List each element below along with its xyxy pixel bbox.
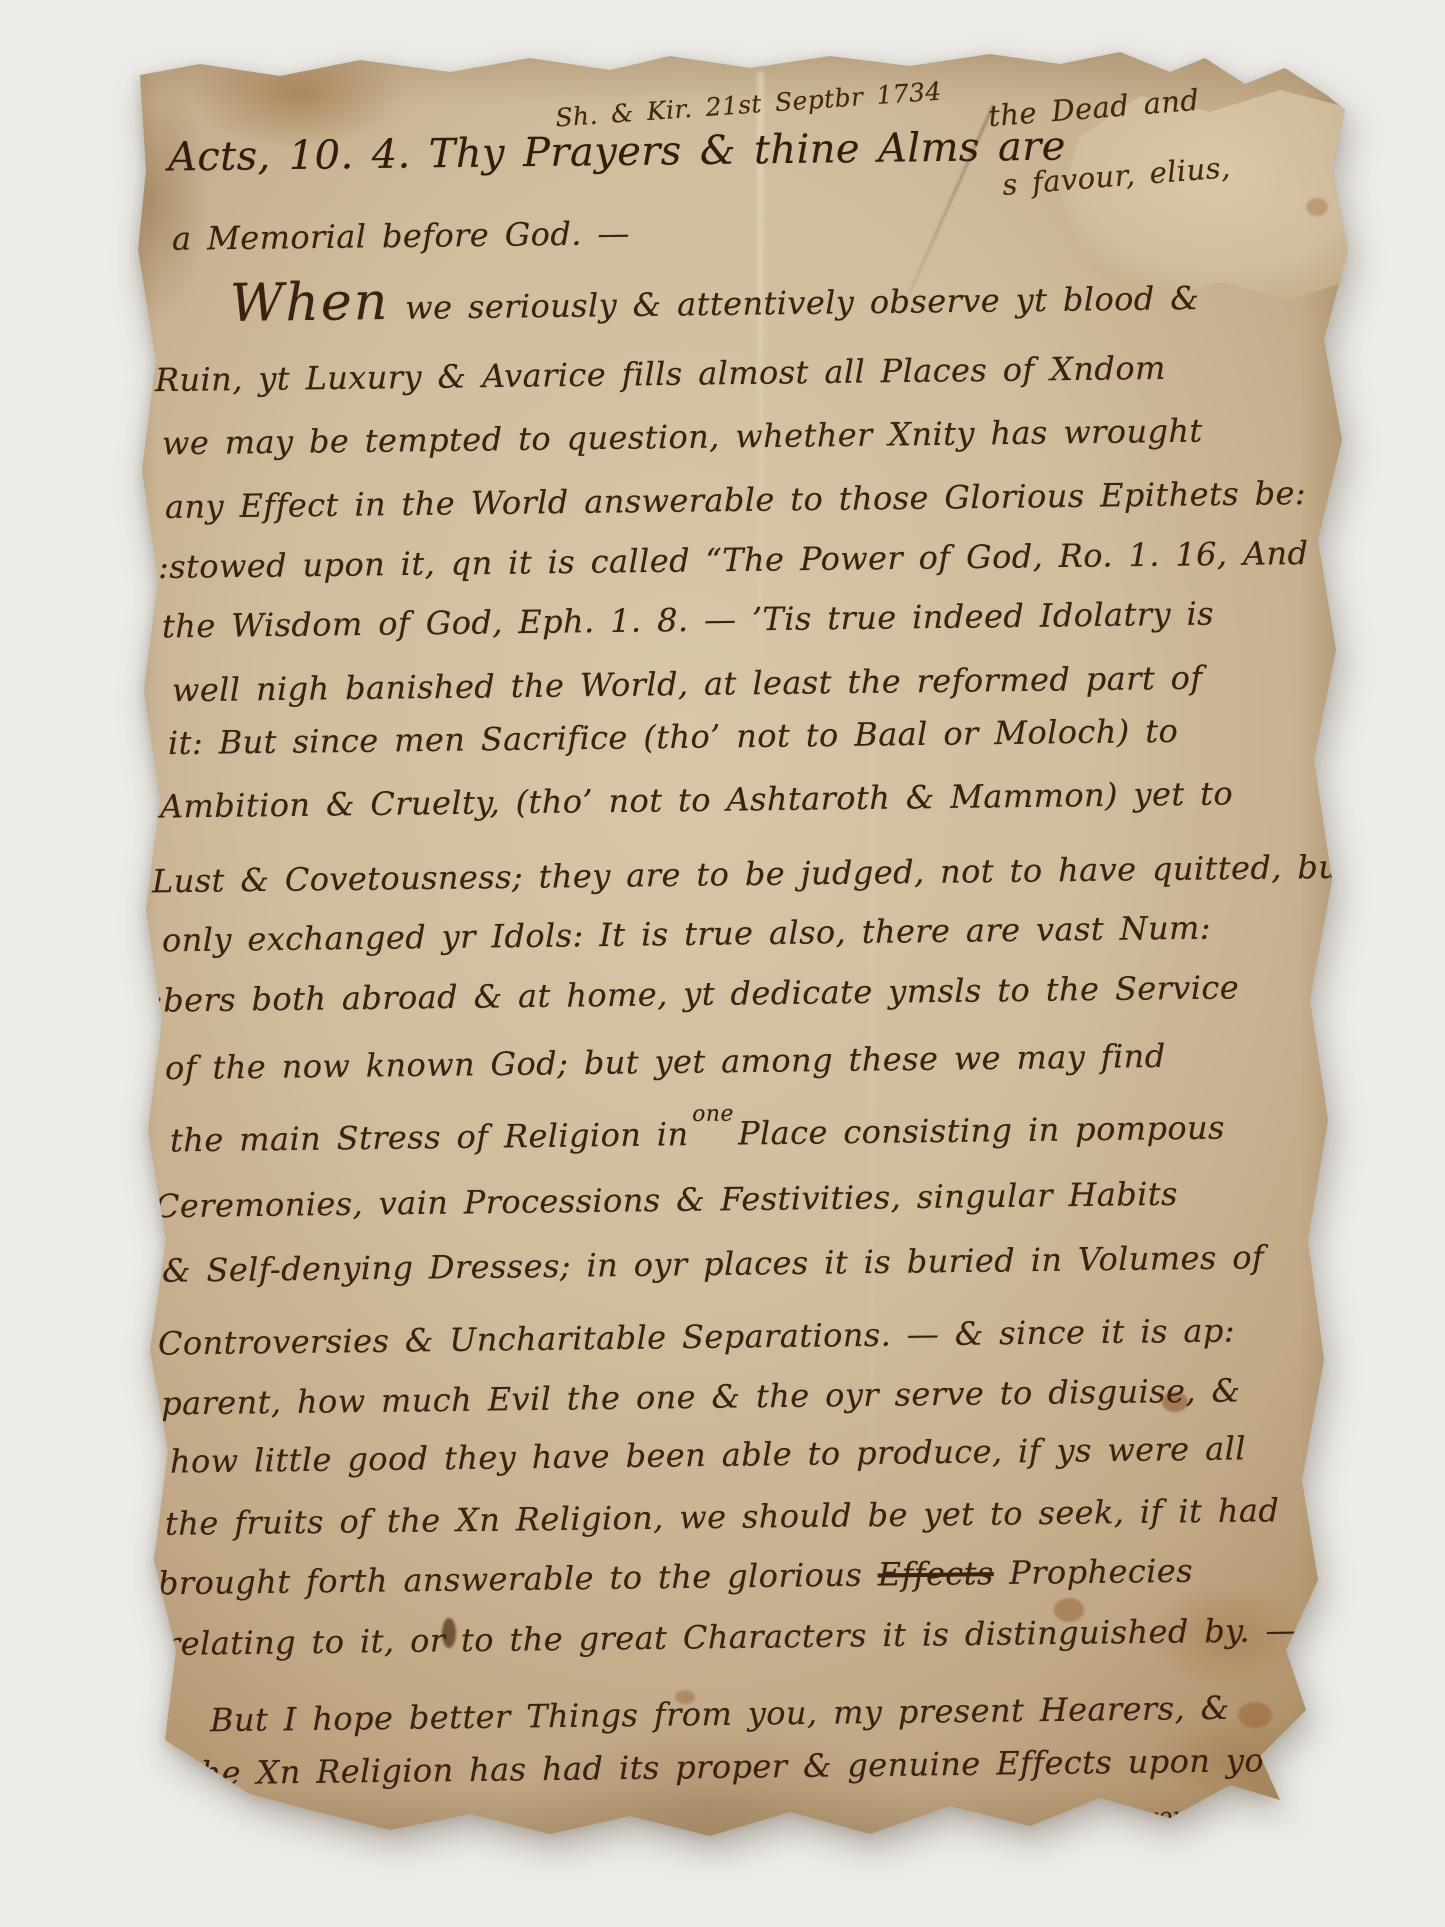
line-text: Place consisting in pompous [738,1109,1225,1153]
opening-word: When [230,272,390,334]
manuscript-line: Lust & Covetousness; they are to be judg… [152,851,1353,898]
manuscript-line: well nigh banished the World, at least t… [172,662,1203,707]
line-text: Prophecies [993,1552,1193,1592]
manuscript-line: Ceremonies, vain Processions & Festiviti… [155,1178,1178,1222]
line-text: brought forth answerable to the glorious [158,1556,878,1603]
photo-scene: Sh. & Kir. 21st Septbr 1734 the Dead and… [0,0,1445,1927]
manuscript-line: only exchanged yr Idols: It is true also… [162,912,1211,957]
handwriting-layer: Sh. & Kir. 21st Septbr 1734 the Dead and… [110,50,1355,1850]
line-text: the main Stress of Religion in [170,1115,689,1159]
manuscript-line: yt the Xn Religion has had its proper & … [140,1744,1285,1790]
line-text: we seriously & attentively observe yt bl… [405,279,1199,327]
manuscript-line: relating to it, or to the great Characte… [165,1614,1298,1660]
manuscript-line: Whenwe seriously & attentively observe y… [230,266,1200,330]
manuscript-line: Ambition & Cruelty, (tho’ not to Ashtaro… [160,777,1233,822]
manuscript-line: it: But since men Sacrifice (tho’ not to… [168,715,1178,759]
manuscript-page-shadow: Sh. & Kir. 21st Septbr 1734 the Dead and… [0,0,1445,1927]
struck-word: Effects [877,1554,993,1593]
manuscript-line: :parent, how much Evil the one & the oyr… [150,1374,1241,1419]
manuscript-line: But I hope better Things from you, my pr… [210,1692,1230,1736]
manuscript-line: any Effect in the World answerable to th… [165,477,1306,523]
manuscript-line: the fruits of the Xn Religion, we should… [165,1494,1280,1540]
manuscript-line: :stowed upon it, qn it is called “The Po… [158,537,1309,583]
manuscript-line: & Self-denying Dresses; in oyr places it… [162,1241,1265,1286]
inserted-word: one [692,1104,734,1127]
manuscript-line: :bers both abroad & at home, yt dedicate… [152,971,1239,1016]
date-heading: Sh. & Kir. 21st Septbr 1734 [555,79,943,131]
manuscript-line: we may be tempted to question, whether X… [162,415,1203,460]
manuscript-line: Ruin, yt Luxury & Avarice fills almost a… [155,352,1166,396]
manuscript-line: the main Stress of Religion inonePlace c… [170,1112,1225,1157]
manuscript-line: of the now known God; but yet among thes… [165,1040,1166,1084]
manuscript-page: Sh. & Kir. 21st Septbr 1734 the Dead and… [110,50,1355,1850]
manuscript-line: the Wisdom of God, Eph. 1. 8. — ’Tis tru… [162,598,1214,643]
scripture-heading: Acts, 10. 4. Thy Prayers & thine Alms ar… [168,127,1066,178]
manuscript-line: Controversies & Uncharitable Separations… [158,1314,1235,1359]
manuscript-line: how little good they have been able to p… [170,1432,1246,1477]
catchword: you [1145,1805,1189,1829]
manuscript-line: a Memorial before God. — [172,217,630,255]
manuscript-line: brought forth answerable to the glorious… [158,1555,1193,1600]
